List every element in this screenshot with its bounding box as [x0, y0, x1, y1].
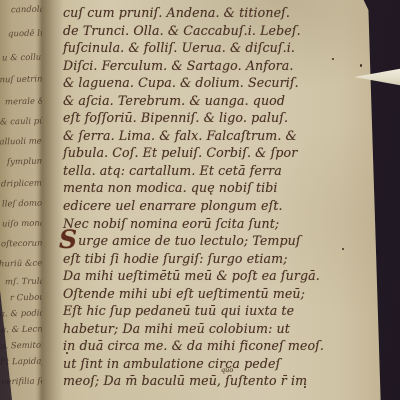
- manuscript-line: Oſtende mihi ubi eſt ueſtimentū meū;: [63, 285, 365, 303]
- manuscript-line: habetur; Da mihi meū colobium: ut: [63, 320, 365, 338]
- manuscript-line: & laguena. Cupa. & dolium. Securiſ.: [63, 74, 365, 92]
- manuscript-line: edicere uel enarrare plongum eſt.: [63, 197, 365, 215]
- manuscript-line: de Trunci. Olla. & Caccabuſ.i. Lebeſ.: [63, 22, 365, 40]
- manuscript-page: cuſ cum pruniſ. Andena. & titioneſ. de T…: [42, 0, 382, 400]
- illuminated-initial: S: [59, 235, 77, 245]
- gutter-shadow: [42, 0, 64, 400]
- manuscript-line: Diſci. Ferculum. & Sartago. Anfora.: [63, 57, 365, 75]
- manuscript-line-text: meoſ; Da m̄ baculū meū, ſuſtento r̄ im: [63, 373, 307, 388]
- manuscript-line: ſubula. Coſ. Et peluiſ. Corbiſ. & ſpor: [63, 144, 365, 162]
- manuscript-line: & aſcia. Terebrum. & uanga. quod: [63, 92, 365, 110]
- manuscript-photo: candola quodẽ lu u & collur bernuſ uetri…: [0, 0, 400, 400]
- manuscript-line-text: urge amice de tuo lectulo; Tempuſ: [78, 233, 300, 248]
- manuscript-line: tella. atq: cartallum. Et cetā ferra: [63, 162, 365, 180]
- manuscript-line: menta non modica. quę nobiſ tibi: [63, 179, 365, 197]
- manuscript-line: Eſt hic ſup pedaneū tuū qui iuxta te: [63, 302, 365, 320]
- manuscript-text-block: cuſ cum pruniſ. Andena. & titioneſ. de T…: [63, 4, 365, 390]
- manuscript-line: Nec nobiſ nomina eorū ſcita ſunt;: [63, 215, 365, 233]
- manuscript-line-last: meoſ; Da m̄ baculū meū, ſuſtento r̄ imqu…: [63, 372, 365, 390]
- manuscript-line: cuſ cum pruniſ. Andena. & titioneſ.: [63, 4, 365, 22]
- manuscript-line: eſt foſſoriū. Bipenniſ. & ligo. paluſ.: [63, 109, 365, 127]
- manuscript-line: ut ſint in ambulatione circa pedeſ: [63, 355, 365, 373]
- manuscript-line: Da mihi ueſtimētū meū & poſt ea ſurgā.: [63, 267, 365, 285]
- manuscript-line-surge: Surge amice de tuo lectulo; Tempuſ: [63, 232, 365, 250]
- interlinear-gloss: quo: [221, 367, 233, 373]
- manuscript-line: in duā circa me. & da mihi ficoneſ meoſ.: [63, 337, 365, 355]
- manuscript-line: & ſerra. Lima. & falx. Falcaſtrum. &: [63, 127, 365, 145]
- manuscript-line: eſt tibi ſi hodie ſurgiſ: ſurgo etiam;: [63, 250, 365, 268]
- manuscript-line: fuſcinula. & folliſ. Uerua. & diſcuſ.i.: [63, 39, 365, 57]
